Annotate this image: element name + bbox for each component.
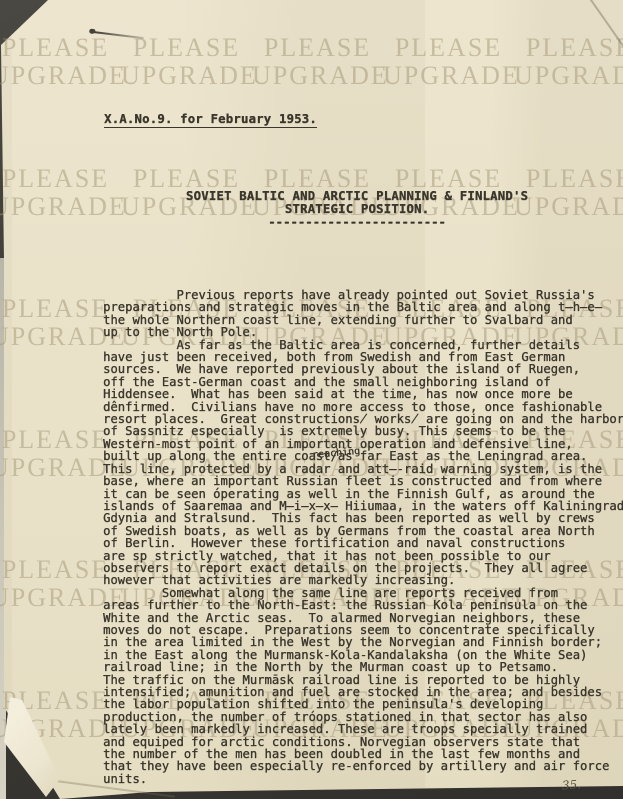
scanned-document-photo: PLEASEPLEASEPLEASEPLEASEPLEASEUPGRADEUPG… — [0, 0, 623, 799]
title-block: SOVIET BALTIC AND ARCTIC PLANNING & FINL… — [127, 190, 587, 229]
body-text: Previous reports have already pointed ou… — [103, 289, 623, 785]
document-ref-header: X.A.No.9. for February 1953. — [104, 112, 317, 128]
handwritten-page-number: 35. — [562, 777, 582, 792]
title-underline-dashes: ------------------------ — [127, 216, 587, 229]
